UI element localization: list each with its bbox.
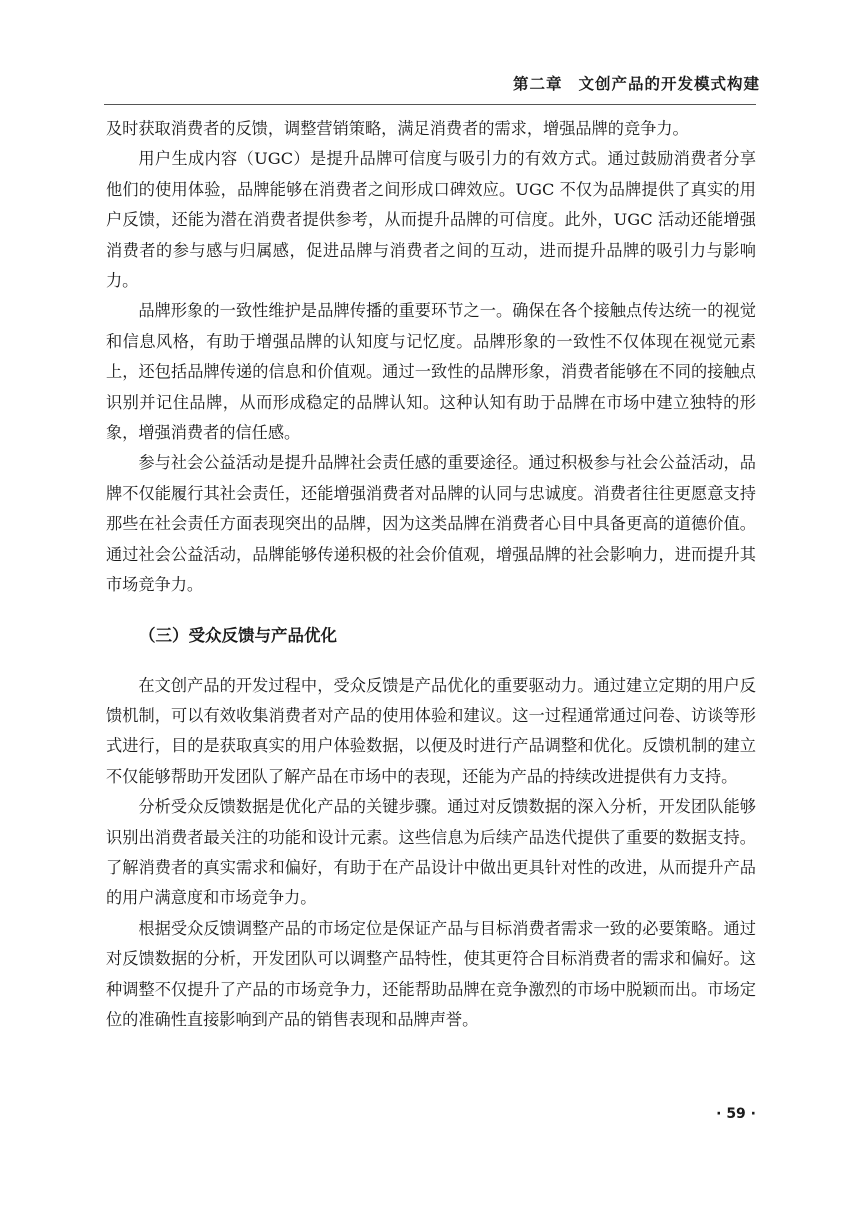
paragraph-feedback-mechanism: 在文创产品的开发过程中，受众反馈是产品优化的重要驱动力。通过建立定期的用户反馈机… [106, 671, 756, 793]
paragraph-ugc: 用户生成内容（UGC）是提升品牌可信度与吸引力的有效方式。通过鼓励消费者分享他们… [106, 144, 756, 296]
section-heading: （三）受众反馈与产品优化 [106, 621, 756, 651]
chapter-number: 第二章 [513, 75, 563, 93]
paragraph-public-welfare: 参与社会公益活动是提升品牌社会责任感的重要途径。通过积极参与社会公益活动，品牌不… [106, 448, 756, 600]
page-number: · 59 · [716, 1106, 756, 1122]
running-head: 第二章文创产品的开发模式构建 [513, 72, 760, 94]
body-text: 及时获取消费者的反馈，调整营销策略，满足消费者的需求，增强品牌的竞争力。 用户生… [106, 114, 756, 1035]
header-rule [104, 104, 756, 105]
paragraph-continued: 及时获取消费者的反馈，调整营销策略，满足消费者的需求，增强品牌的竞争力。 [106, 114, 756, 144]
paragraph-brand-consistency: 品牌形象的一致性维护是品牌传播的重要环节之一。确保在各个接触点传达统一的视觉和信… [106, 296, 756, 448]
paragraph-feedback-analysis: 分析受众反馈数据是优化产品的关键步骤。通过对反馈数据的深入分析，开发团队能够识别… [106, 792, 756, 914]
paragraph-market-positioning: 根据受众反馈调整产品的市场定位是保证产品与目标消费者需求一致的必要策略。通过对反… [106, 914, 756, 1036]
book-page: 第二章文创产品的开发模式构建 及时获取消费者的反馈，调整营销策略，满足消费者的需… [0, 0, 860, 1208]
chapter-title: 文创产品的开发模式构建 [578, 75, 760, 93]
